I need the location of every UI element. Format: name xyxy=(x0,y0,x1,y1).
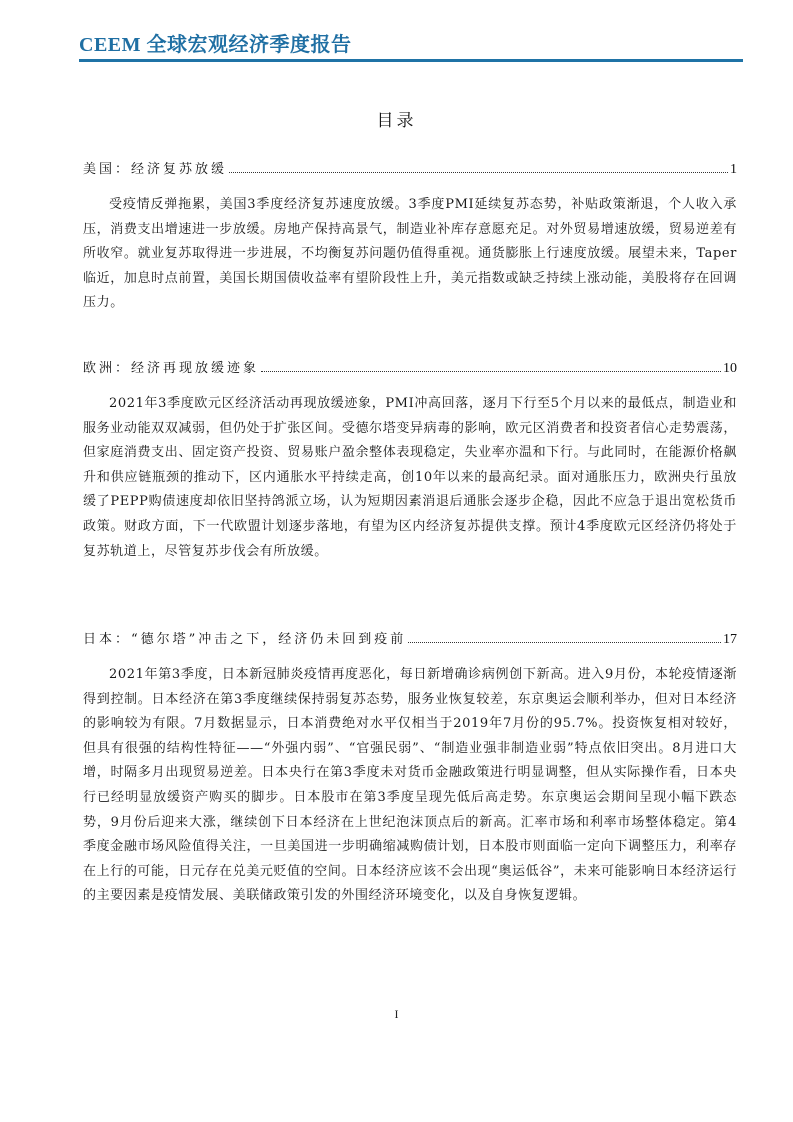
toc-entry-europe[interactable]: 欧洲：经济再现放缓迹象 10 xyxy=(83,359,737,379)
toc-entry-page[interactable]: 10 xyxy=(723,359,737,379)
toc-entry-label[interactable]: 美国：经济复苏放缓 xyxy=(83,160,227,180)
toc-entry-page[interactable]: 17 xyxy=(723,630,737,650)
toc-summary-us: 受疫情反弹拖累，美国3季度经济复苏速度放缓。3季度PMI延续复苏态势，补贴政策渐… xyxy=(83,193,737,316)
toc-leader-dots xyxy=(229,171,728,173)
page-number: I xyxy=(0,1007,793,1022)
toc-section-japan: 日本：“德尔塔”冲击之下，经济仍未回到疫前 17 2021年第3季度，日本新冠肺… xyxy=(83,630,737,909)
header-divider xyxy=(79,59,743,62)
report-title: CEEM 全球宏观经济季度报告 xyxy=(79,32,743,58)
toc-section-europe: 欧洲：经济再现放缓迹象 10 2021年3季度欧元区经济活动再现放缓迹象，PMI… xyxy=(83,359,737,564)
toc-leader-dots xyxy=(408,641,721,643)
toc-entry-page[interactable]: 1 xyxy=(730,160,737,180)
toc-summary-europe: 2021年3季度欧元区经济活动再现放缓迹象，PMI冲高回落，逐月下行至5个月以来… xyxy=(83,392,737,564)
toc-section-us: 美国：经济复苏放缓 1 受疫情反弹拖累，美国3季度经济复苏速度放缓。3季度PMI… xyxy=(83,160,737,316)
toc-heading: 目录 xyxy=(0,106,793,131)
toc-entry-label[interactable]: 欧洲：经济再现放缓迹象 xyxy=(83,359,259,379)
toc-entry-japan[interactable]: 日本：“德尔塔”冲击之下，经济仍未回到疫前 17 xyxy=(83,630,737,650)
toc-summary-japan: 2021年第3季度，日本新冠肺炎疫情再度恶化，每日新增确诊病例创下新高。进入9月… xyxy=(83,663,737,909)
toc-entry-us[interactable]: 美国：经济复苏放缓 1 xyxy=(83,160,737,180)
report-header: CEEM 全球宏观经济季度报告 xyxy=(79,32,743,58)
toc-leader-dots xyxy=(261,370,721,372)
toc-entry-label[interactable]: 日本：“德尔塔”冲击之下，经济仍未回到疫前 xyxy=(83,630,406,650)
